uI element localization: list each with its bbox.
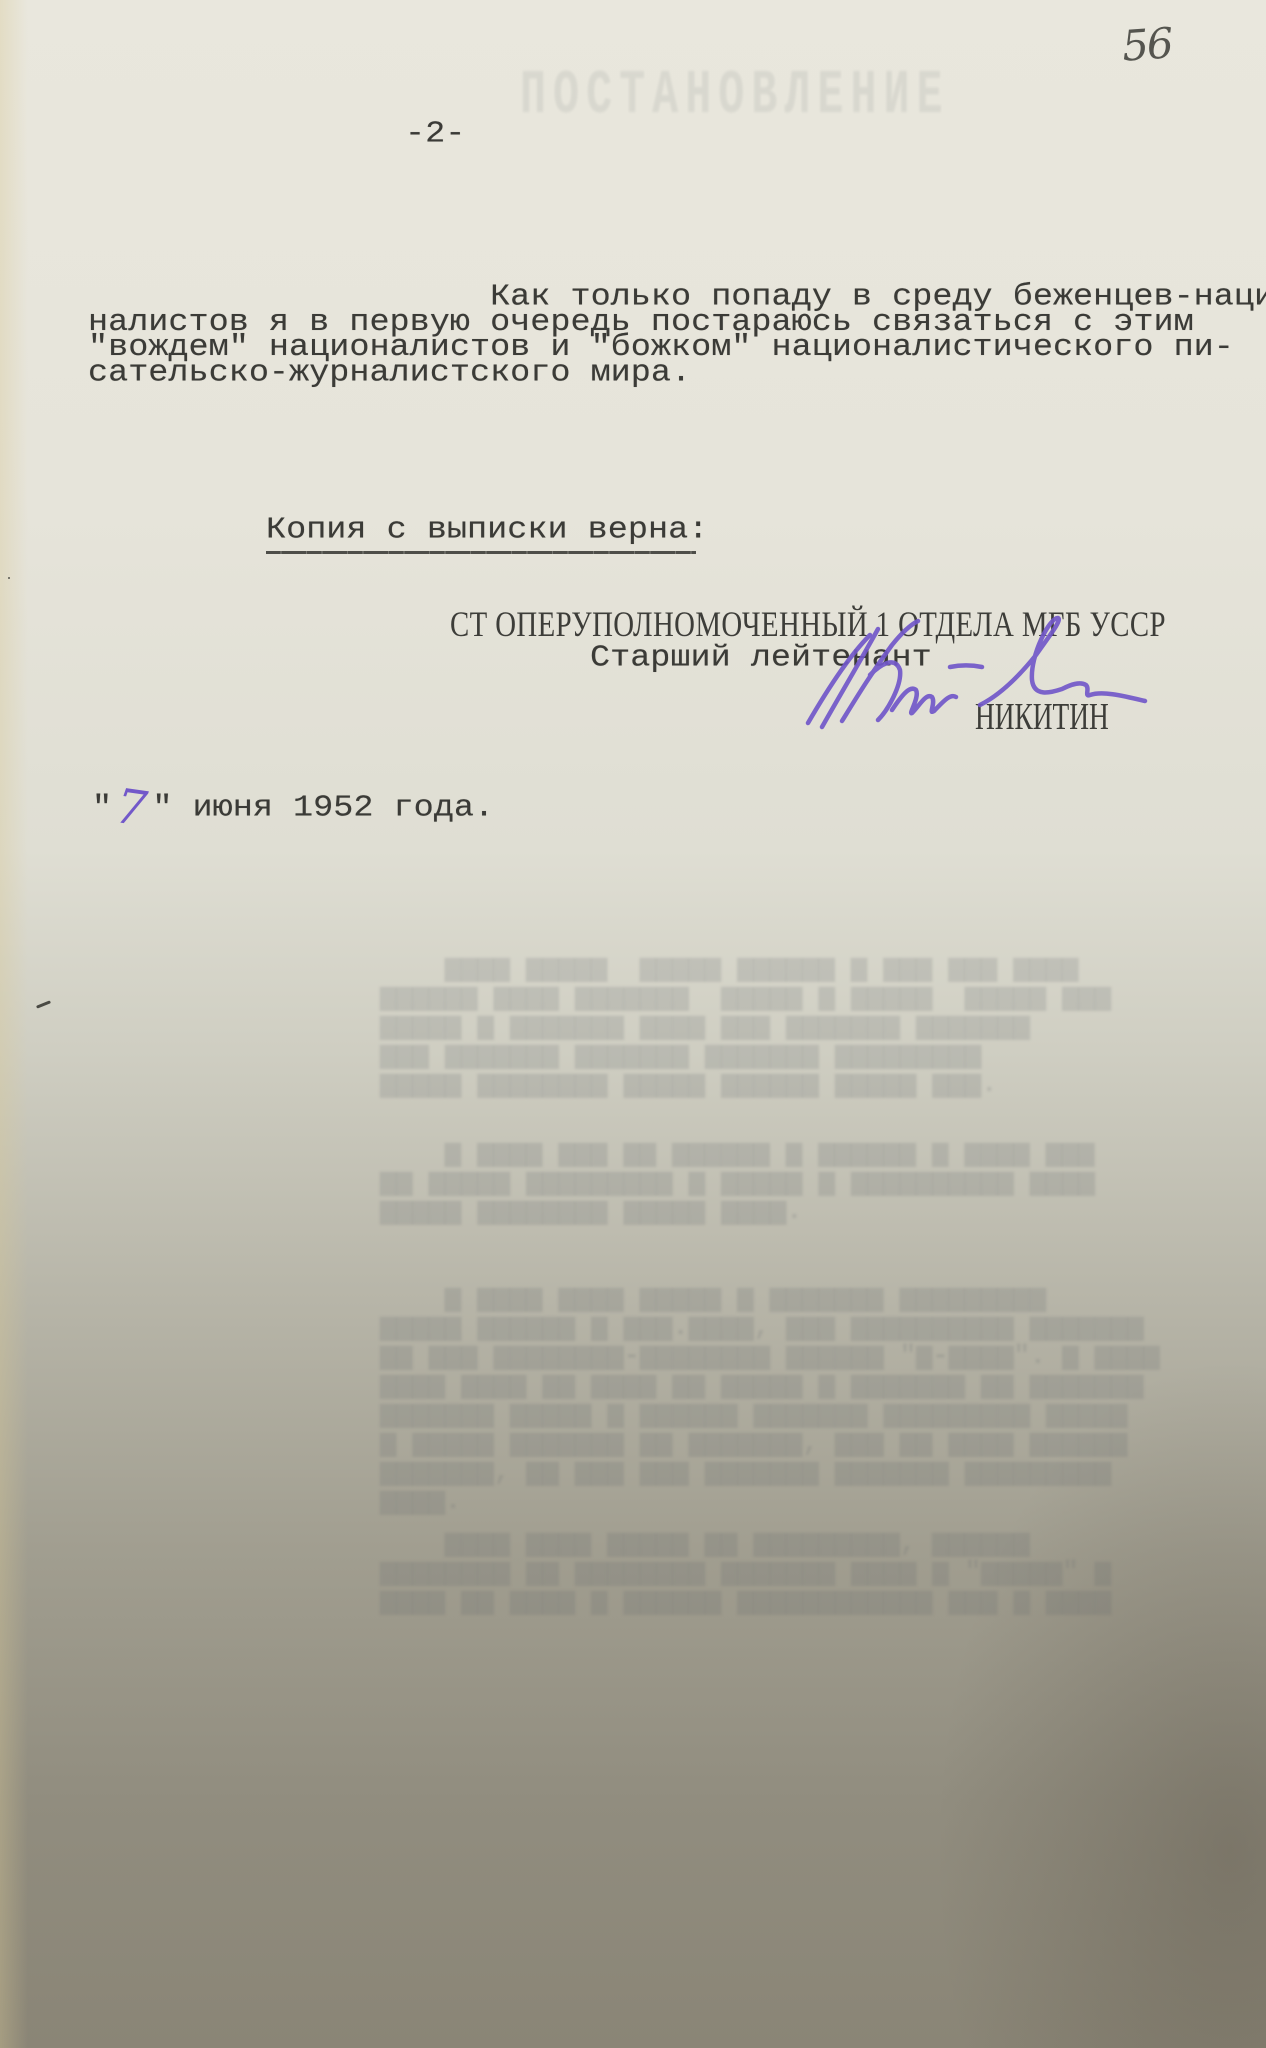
bleed-through-text: ▆ ▆▆▆▆ ▆▆▆▆ ▆▆▆▆▆ ▆ ▆▆▆▆▆▆▆ ▆▆▆▆▆▆▆▆▆ ▆▆… (380, 1285, 1160, 1517)
date-line: " " июня 1952 года. (92, 796, 494, 821)
date-open-quote: " (92, 790, 112, 825)
ink-dot-decoration (8, 577, 10, 579)
folio-number: 56 (1120, 18, 1173, 70)
copy-certification-heading: Копия с выписки верна: (266, 518, 708, 543)
ink-mark-decoration (36, 1000, 51, 1008)
bleed-through-text: ▆ ▆▆▆▆ ▆▆▆ ▆▆ ▆▆▆▆▆▆ ▆ ▆▆▆▆▆▆ ▆ ▆▆▆▆ ▆▆▆… (380, 1140, 1095, 1227)
date-rest: " июня 1952 года. (112, 790, 494, 825)
handwritten-signature-icon (800, 615, 1160, 765)
bleed-through-heading: ПОСТАНОВЛЕНИЕ (520, 60, 950, 131)
copy-certification-underline (266, 551, 696, 554)
page-number: -2- (405, 122, 465, 147)
body-paragraph: Как только попаду в среду беженцев-нацио… (88, 285, 1266, 386)
document-page: ПОСТАНОВЛЕНИЕ ▆▆▆▆ ▆▆▆▆▆ ▆▆▆▆▆ ▆▆▆▆▆▆ ▆ … (0, 0, 1266, 2048)
date-day-handwritten: 7 (112, 778, 150, 838)
bleed-through-text: ▆▆▆▆ ▆▆▆▆ ▆▆▆▆▆ ▆▆ ▆▆▆▆▆▆▆▆▆, ▆▆▆▆▆▆ ▆▆▆… (380, 1530, 1111, 1617)
bleed-through-text: ▆▆▆▆ ▆▆▆▆▆ ▆▆▆▆▆ ▆▆▆▆▆▆ ▆ ▆▆▆ ▆▆▆ ▆▆▆▆ ▆… (380, 955, 1111, 1100)
